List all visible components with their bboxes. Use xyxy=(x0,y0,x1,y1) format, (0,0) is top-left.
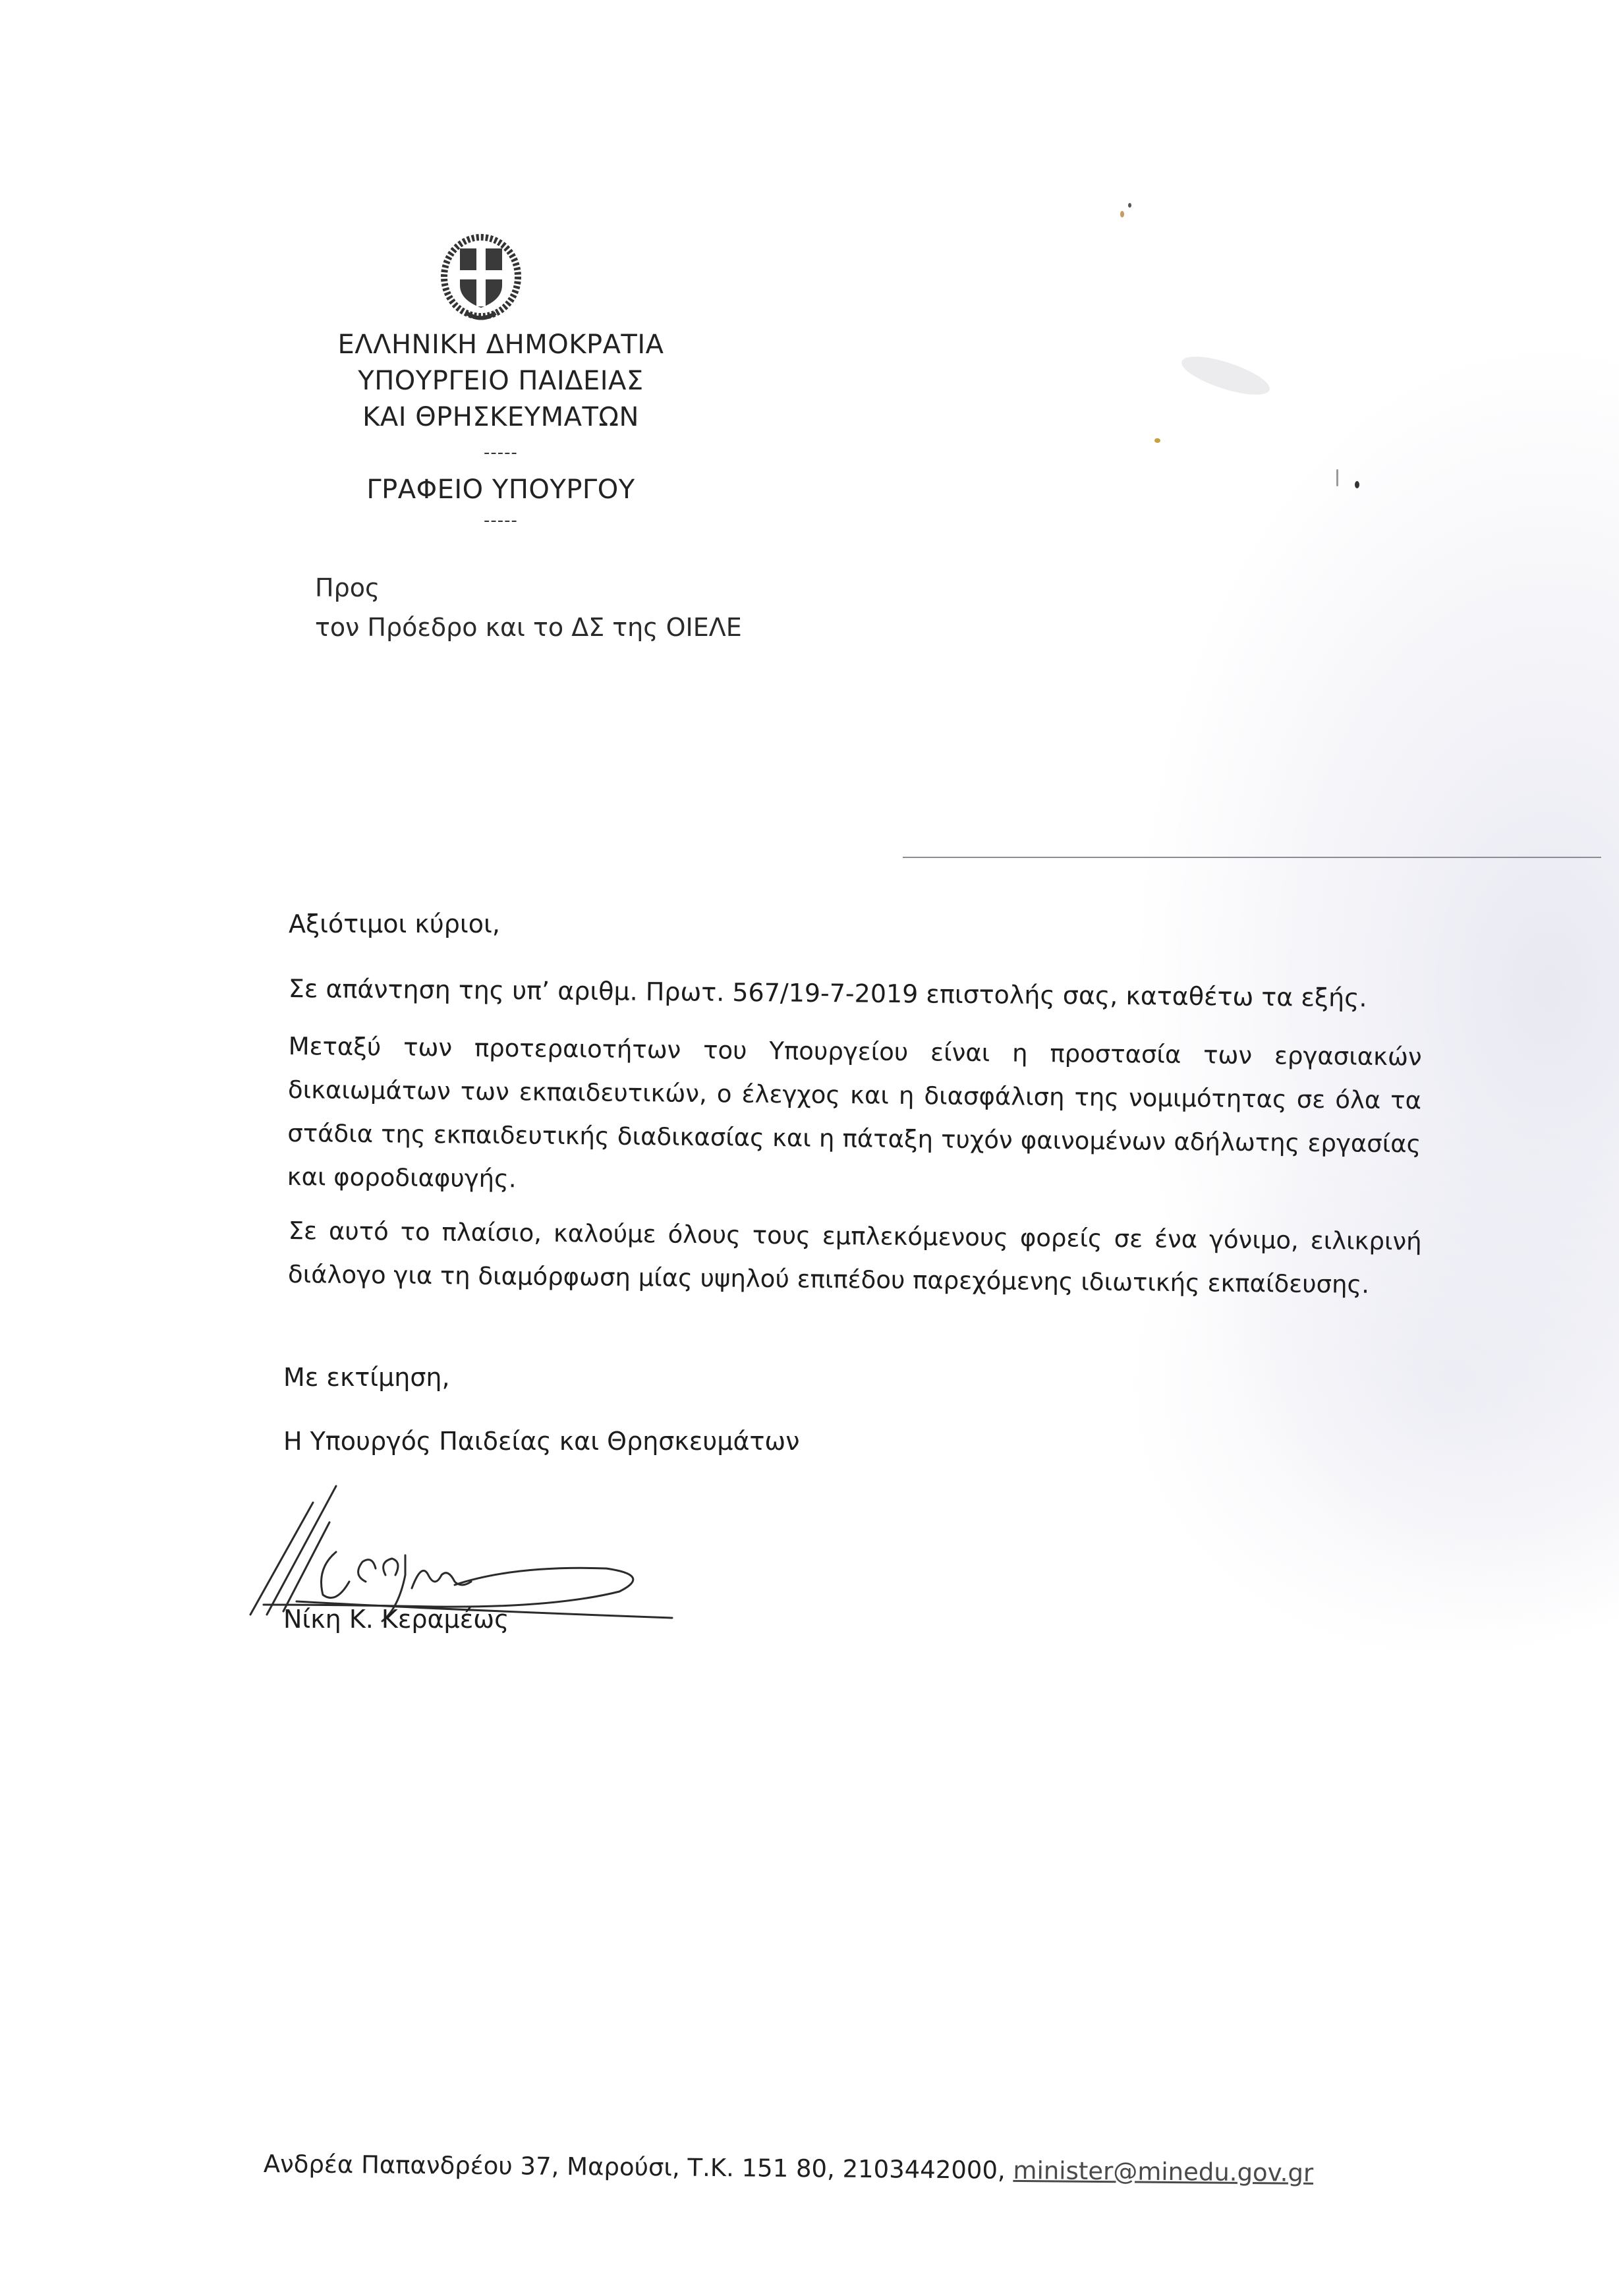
scan-speck xyxy=(1336,469,1338,486)
footer-contact: Ανδρέα Παπανδρέου 37, Μαρούσι, Τ.Κ. 151 … xyxy=(264,2150,1314,2187)
scan-speck xyxy=(1120,211,1124,217)
signatory-title: Η Υπουργός Παιδείας και Θρησκευμάτων xyxy=(283,1427,799,1456)
letterhead-line: ΚΑΙ ΘΡΗΣΚΕΥΜΑΤΩΝ xyxy=(297,402,705,432)
recipient-name: τον Πρόεδρο και το ΔΣ της ΟΙΕΛΕ xyxy=(315,613,742,642)
horizontal-rule xyxy=(903,857,1601,858)
scan-smudge xyxy=(1178,349,1274,402)
letterhead-separator: ----- xyxy=(297,511,705,531)
closing-regards: Με εκτίμηση, xyxy=(283,1363,450,1392)
signatory-name: Νίκη Κ. Κεραμέως xyxy=(283,1605,509,1634)
letterhead-separator: ----- xyxy=(297,443,705,463)
scan-speck xyxy=(1154,438,1160,443)
salutation: Αξιότιμοι κύριοι, xyxy=(289,909,500,938)
intro-line: Σε απάντηση της υπ’ αριθμ. Πρωτ. 567/19-… xyxy=(289,974,1367,1012)
footer-address: Ανδρέα Παπανδρέου 37, Μαρούσι, Τ.Κ. 151 … xyxy=(264,2150,1006,2185)
letterhead-line: ΕΛΛΗΝΙΚΗ ΔΗΜΟΚΡΑΤΙΑ xyxy=(297,330,705,360)
recipient-label: Προς xyxy=(315,573,380,602)
scan-speck xyxy=(1355,481,1359,488)
greek-coat-of-arms-icon xyxy=(440,234,523,326)
paragraph-1: Μεταξύ των προτεραιοτήτων του Υπουργείου… xyxy=(287,1025,1421,1209)
scanned-letter-page: ΕΛΛΗΝΙΚΗ ΔΗΜΟΚΡΑΤΙΑ ΥΠΟΥΡΓΕΙΟ ΠΑΙΔΕΙΑΣ Κ… xyxy=(0,0,1619,2296)
footer-email-link[interactable]: minister@minedu.gov.gr xyxy=(1013,2156,1313,2187)
letterhead-line: ΥΠΟΥΡΓΕΙΟ ΠΑΙΔΕΙΑΣ xyxy=(297,366,705,396)
scan-speck xyxy=(1128,203,1131,208)
letterhead-office: ΓΡΑΦΕΙΟ ΥΠΟΥΡΓΟΥ xyxy=(297,474,705,505)
paragraph-2: Σε αυτό το πλαίσιο, καλούμε όλους τους ε… xyxy=(288,1209,1422,1307)
